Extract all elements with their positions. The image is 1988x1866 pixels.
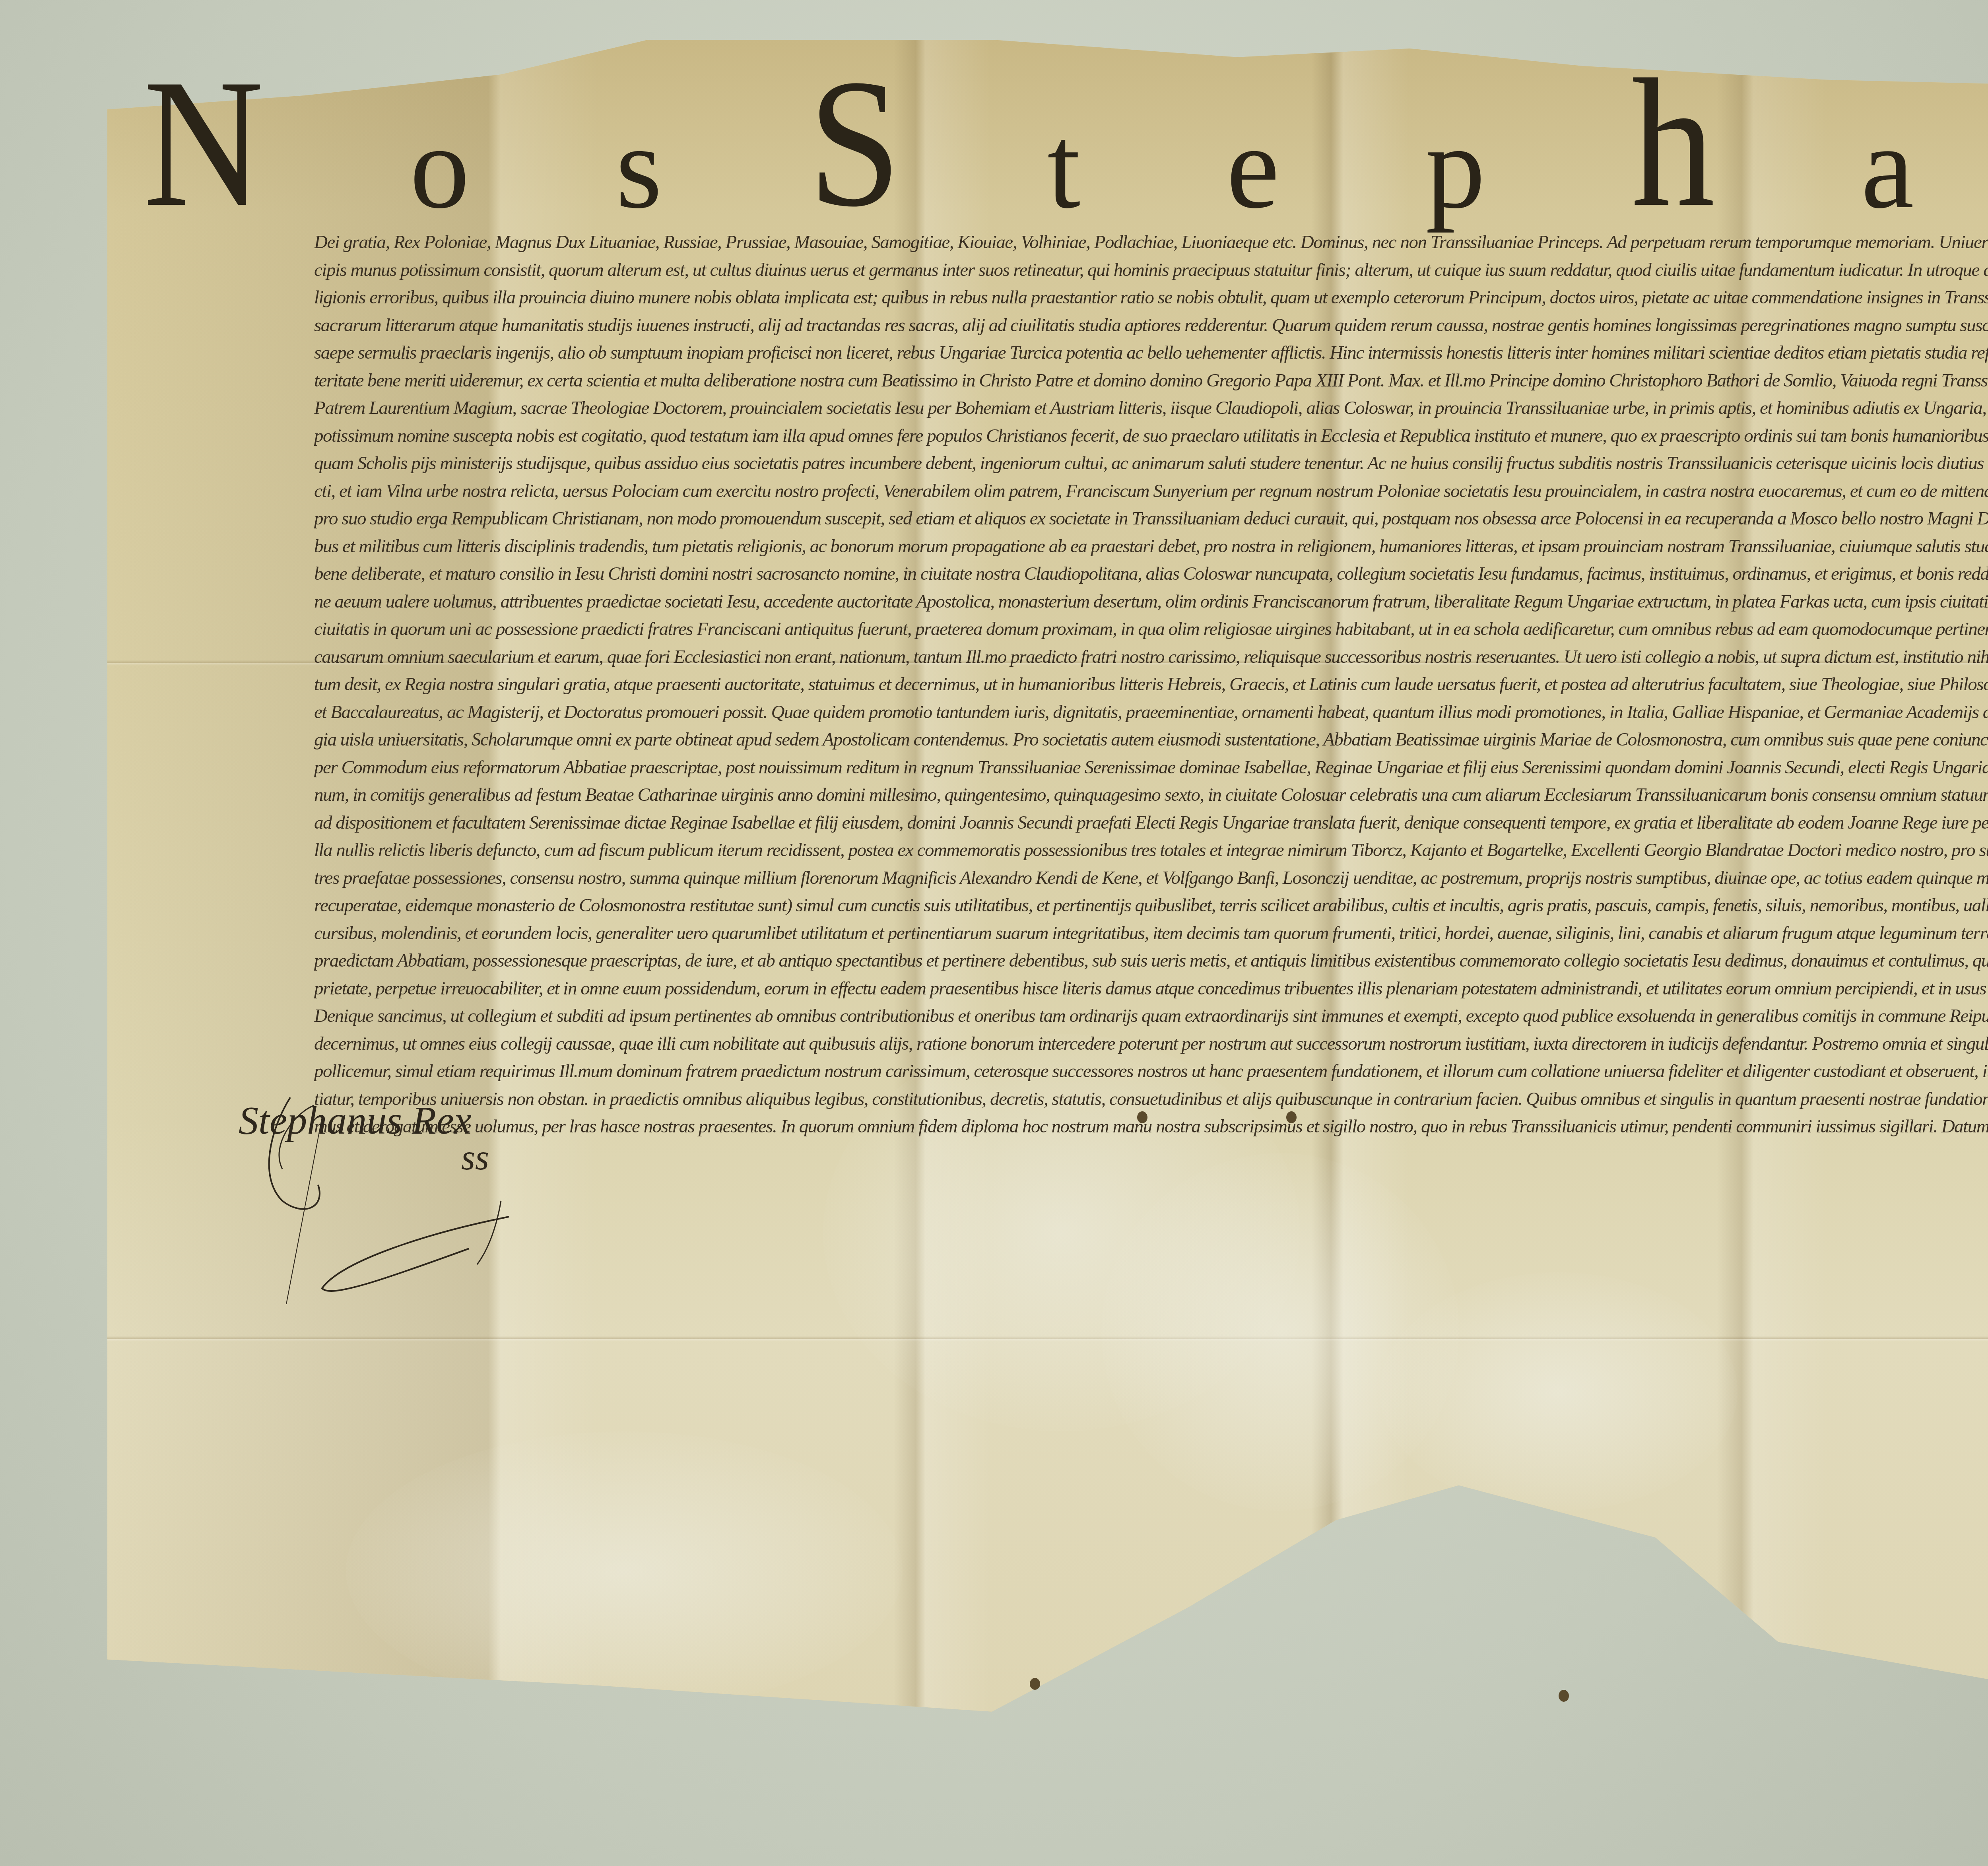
water-stain — [1380, 1272, 1738, 1511]
seal-cord-hole-icon — [1030, 1678, 1040, 1690]
text-line: tres praefatae possessiones, consensu no… — [314, 864, 1988, 892]
text-line: bene deliberate, et maturo consilio in I… — [314, 560, 1988, 588]
heading-letter: h — [1631, 51, 1715, 235]
king-signature: Stephanus Rex — [239, 1097, 472, 1143]
text-line: Denique sancimus, ut collegium et subdit… — [314, 1002, 1988, 1030]
heading-letter: s — [615, 107, 662, 227]
heading-letter: t — [1047, 107, 1080, 227]
text-line: et Baccalaureatus, ac Magisterij, et Doc… — [314, 699, 1988, 726]
heading-letter: S — [808, 51, 901, 235]
text-line: ciuitatis in quorum uni ac possessione p… — [314, 616, 1988, 643]
text-line: tum desit, ex Regia nostra singulari gra… — [314, 671, 1988, 699]
text-line: recuperatae, eidemque monasterio de Colo… — [314, 892, 1988, 920]
text-line: praedictam Abbatiam, possessionesque pra… — [314, 947, 1988, 975]
seal-cord-hole-icon — [1137, 1111, 1147, 1123]
text-line: teritate bene meriti uideremur, ex certa… — [314, 367, 1988, 395]
heading-letter: e — [1227, 107, 1279, 227]
water-stain — [346, 1431, 903, 1710]
heading-letter: a — [1861, 107, 1914, 227]
seal-cord-hole-icon — [1286, 1111, 1297, 1123]
text-line: gia uisla uniuersitatis, Scholarumque om… — [314, 726, 1988, 754]
text-line: bus et militibus cum litteris disciplini… — [314, 533, 1988, 561]
charter-body: Dei gratia, Rex Poloniae, Magnus Dux Lit… — [314, 229, 1988, 1141]
text-line: pro suo studio erga Rempublicam Christia… — [314, 505, 1988, 533]
text-line: saepe sermulis praeclaris ingenijs, alio… — [314, 339, 1988, 367]
charter-heading: N o s S t e p h a n v s — [143, 60, 1988, 227]
text-line: decernimus, ut omnes eius collegij causs… — [314, 1030, 1988, 1058]
text-line: prietate, perpetue irreuocabiliter, et i… — [314, 975, 1988, 1003]
text-line: ne aeuum ualere uolumus, attribuentes pr… — [314, 588, 1988, 616]
text-line: Dei gratia, Rex Poloniae, Magnus Dux Lit… — [314, 229, 1988, 256]
heading-letter: N — [143, 51, 264, 235]
text-line: lla nullis relictis liberis defuncto, cu… — [314, 837, 1988, 864]
heading-letter: p — [1426, 107, 1485, 227]
king-signature-mark: ss — [461, 1137, 489, 1178]
text-line: Patrem Laurentium Magium, sacrae Theolog… — [314, 394, 1988, 422]
text-line: causarum omnium saecularium et earum, qu… — [314, 643, 1988, 671]
text-line: cursibus, molendinis, et eorundem locis,… — [314, 920, 1988, 948]
text-line: ligionis erroribus, quibus illa prouinci… — [314, 284, 1988, 312]
text-line: cti, et iam Vilna urbe nostra relicta, u… — [314, 478, 1988, 505]
heading-letter: o — [410, 107, 470, 227]
text-line: quam Scholis pijs ministerijs studijsque… — [314, 450, 1988, 478]
text-line: num, in comitijs generalibus ad festum B… — [314, 781, 1988, 809]
text-line: sacrarum litterarum atque humanitatis st… — [314, 312, 1988, 340]
text-line: ad dispositionem et facultatem Serenissi… — [314, 809, 1988, 837]
text-line: potissimum nomine suscepta nobis est cog… — [314, 422, 1988, 450]
text-line: cipis munus potissimum consistit, quorum… — [314, 256, 1988, 284]
seal-cord-hole-icon — [1559, 1690, 1569, 1702]
text-line: per Commodum eius reformatorum Abbatiae … — [314, 754, 1988, 782]
